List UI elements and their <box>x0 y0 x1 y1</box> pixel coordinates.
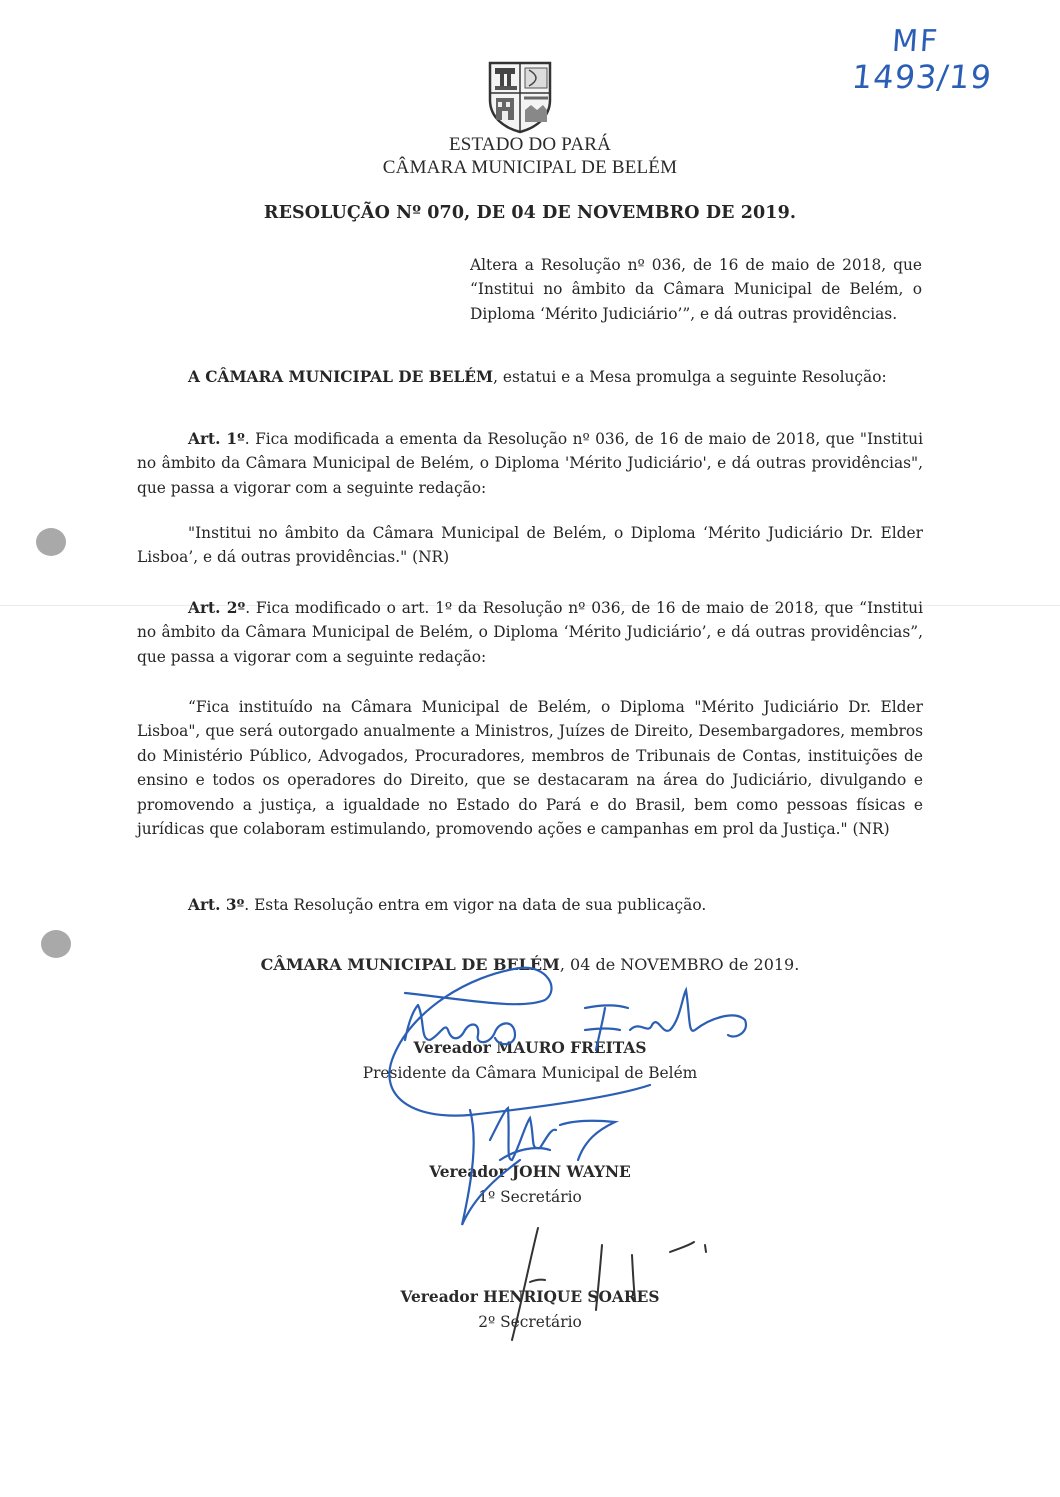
closing-rest: , 04 de NOVEMBRO de 2019. <box>560 955 799 974</box>
article-1-label: Art. 1º <box>188 430 245 448</box>
article-1-text: . Fica modificada a ementa da Resolução … <box>137 430 923 497</box>
article-2-quote: “Fica instituído na Câmara Municipal de … <box>137 695 923 841</box>
handwritten-note-line1: MF <box>891 24 941 59</box>
article-1: Art. 1º. Fica modificada a ementa da Res… <box>137 427 923 500</box>
signatory-2-role: 1º Secretário <box>0 1188 1060 1206</box>
punch-hole-icon <box>41 930 71 958</box>
preamble-bold: A CÂMARA MUNICIPAL DE BELÉM <box>188 368 493 386</box>
article-3-label: Art. 3º <box>188 896 244 914</box>
signatory-3-name: Vereador HENRIQUE SOARES <box>0 1288 1060 1306</box>
punch-hole-icon <box>36 528 66 556</box>
article-3: Art. 3º. Esta Resolução entra em vigor n… <box>137 893 923 917</box>
article-2-text: . Fica modificado o art. 1º da Resolução… <box>137 599 923 666</box>
header-state: ESTADO DO PARÁ <box>0 134 1060 156</box>
article-3-text: . Esta Resolução entra em vigor na data … <box>244 896 706 914</box>
signatory-1-name: Vereador MAURO FREITAS <box>0 1039 1060 1057</box>
article-2: Art. 2º. Fica modificado o art. 1º da Re… <box>137 596 923 669</box>
signatory-1-role: Presidente da Câmara Municipal de Belém <box>0 1064 1060 1082</box>
signatory-2-name: Vereador JOHN WAYNE <box>0 1163 1060 1181</box>
signatory-3-role: 2º Secretário <box>0 1313 1060 1331</box>
article-1-quote: "Institui no âmbito da Câmara Municipal … <box>137 521 923 570</box>
ementa: Altera a Resolução nº 036, de 16 de maio… <box>470 253 922 326</box>
handwritten-protocol-note: MF 1493/19 <box>852 24 1022 104</box>
article-2-label: Art. 2º <box>188 599 245 617</box>
coat-of-arms-icon <box>487 60 553 134</box>
preamble-rest: , estatui e a Mesa promulga a seguinte R… <box>493 368 887 386</box>
document-title: RESOLUÇÃO Nº 070, DE 04 DE NOVEMBRO DE 2… <box>0 203 1060 223</box>
closing-bold: CÂMARA MUNICIPAL DE BELÉM <box>261 955 560 974</box>
header-institution: CÂMARA MUNICIPAL DE BELÉM <box>0 157 1060 179</box>
preamble: A CÂMARA MUNICIPAL DE BELÉM, estatui e a… <box>137 365 923 389</box>
closing-line: CÂMARA MUNICIPAL DE BELÉM, 04 de NOVEMBR… <box>0 955 1060 974</box>
handwritten-note-line2: 1493/19 <box>850 58 994 96</box>
